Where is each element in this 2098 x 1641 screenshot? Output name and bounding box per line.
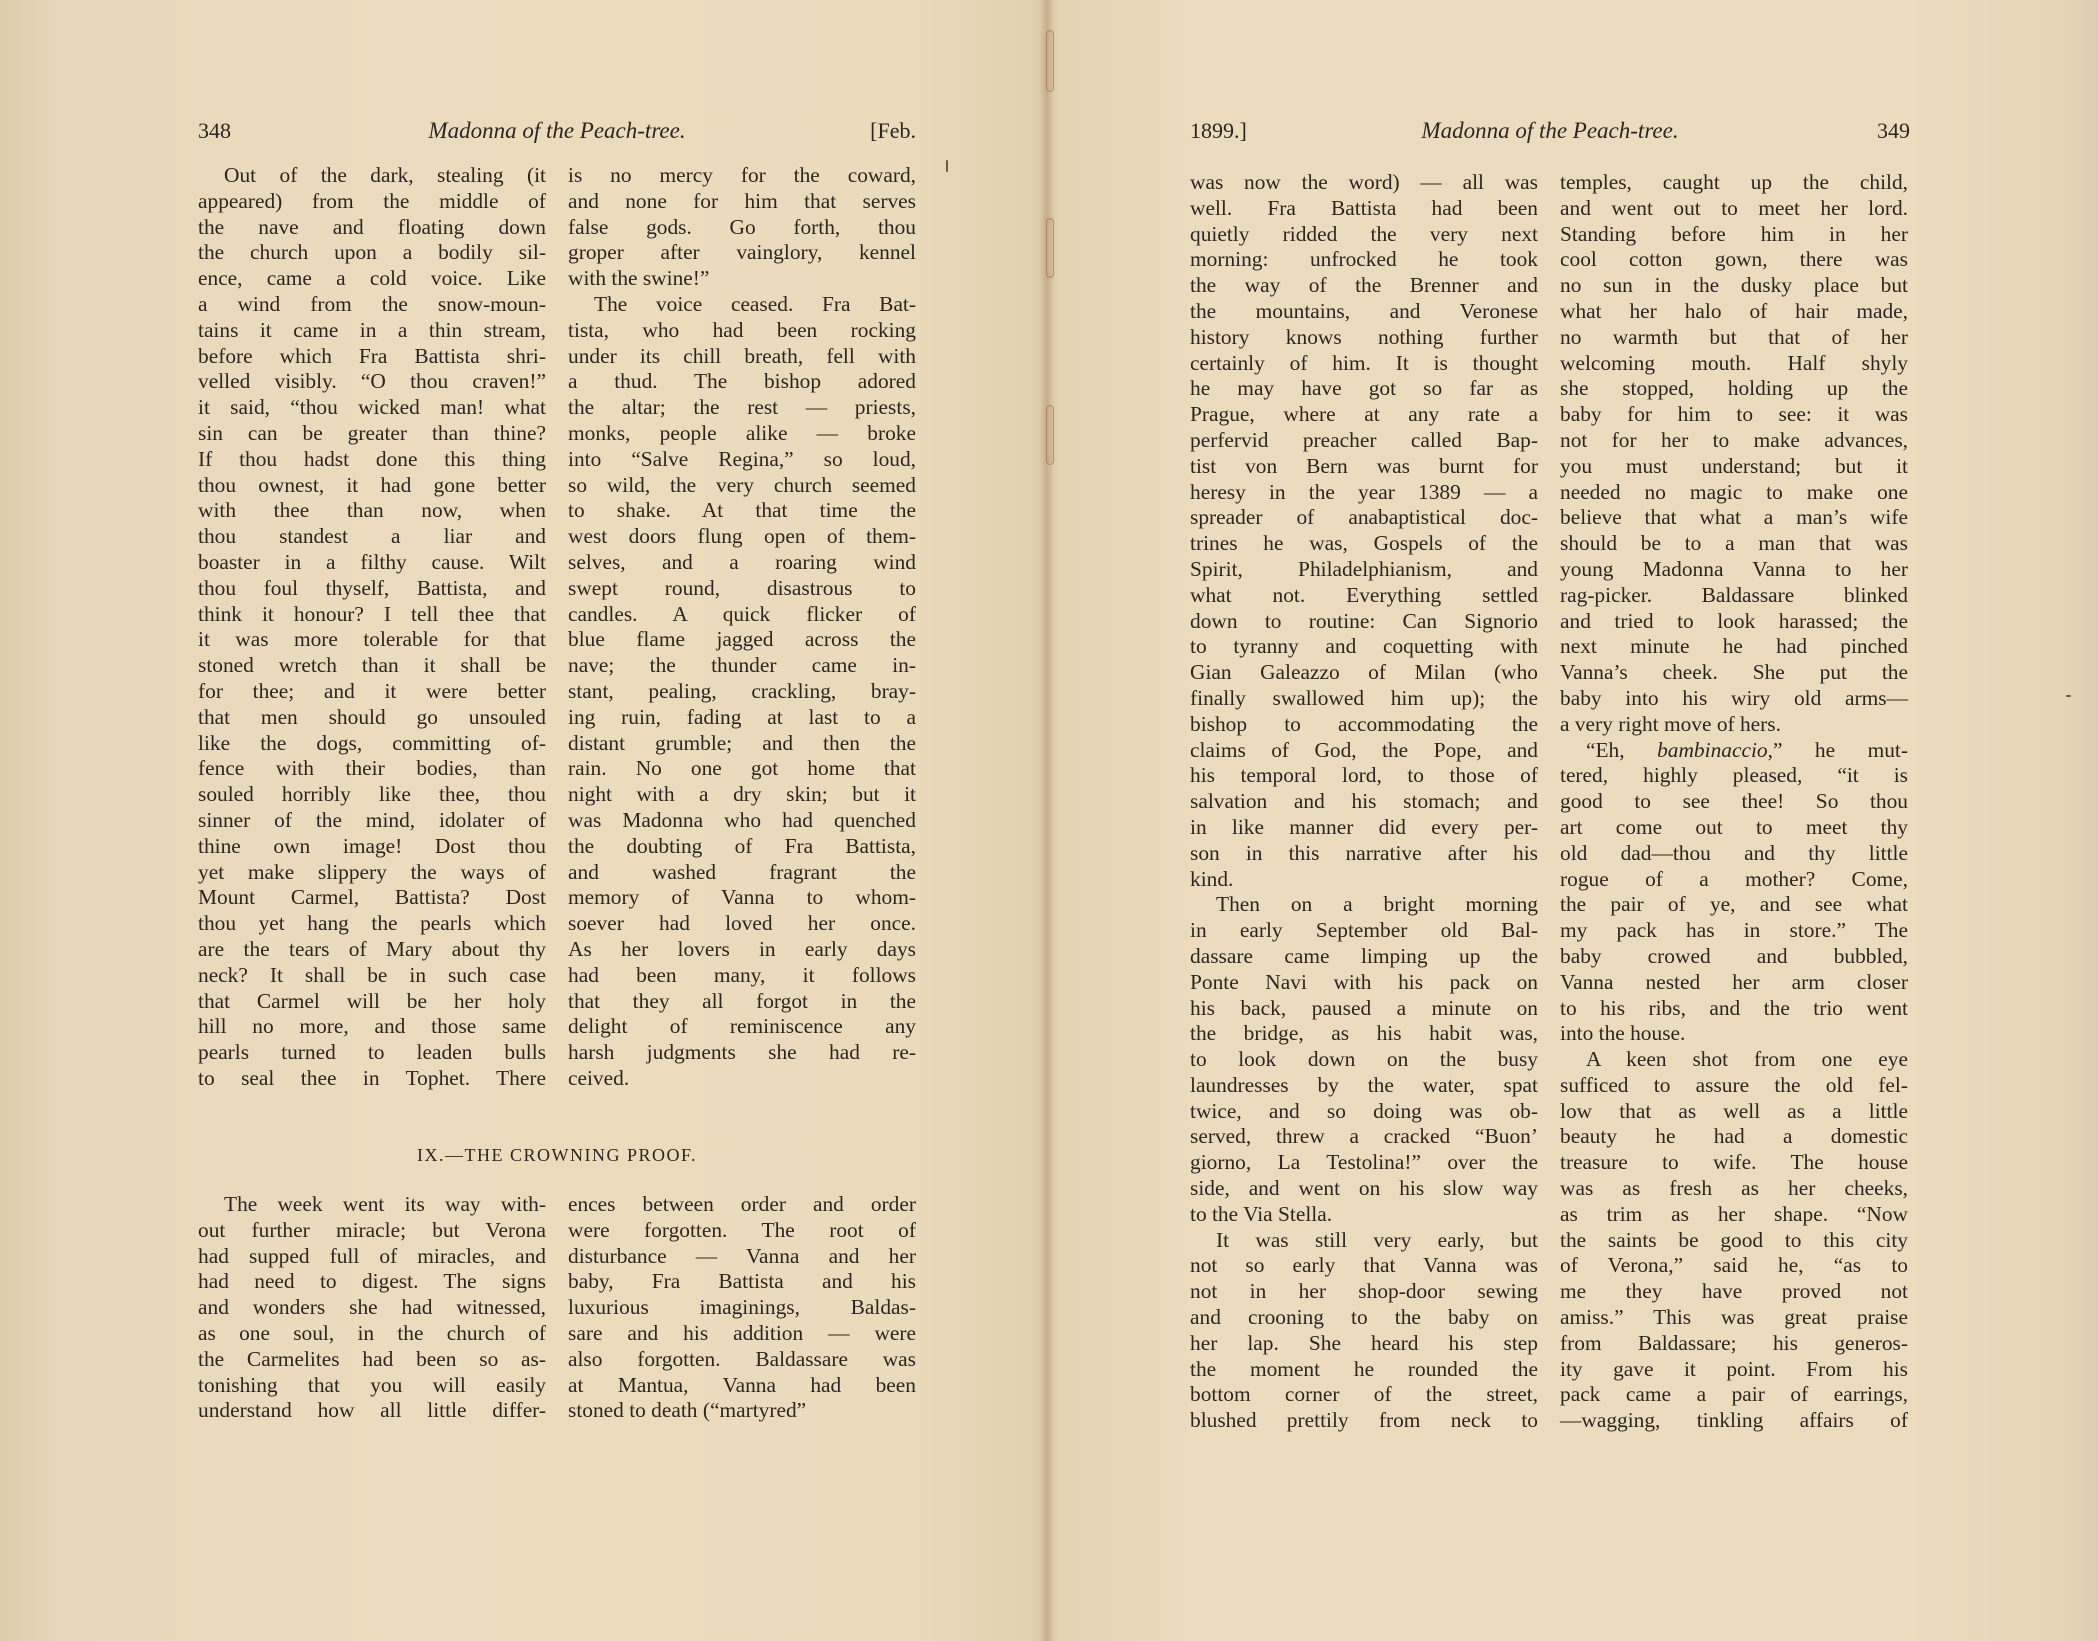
text-line: luxurious imaginings, Baldas- [568, 1295, 916, 1321]
text-line: also forgotten. Baldassare was [568, 1347, 916, 1373]
text-line: claims of God, the Pope, and [1190, 738, 1538, 764]
text-line: morning: unfrocked he took [1190, 247, 1538, 273]
text-line: art come out to meet thy [1560, 815, 1908, 841]
text-line: harsh judgments she had re- [568, 1040, 916, 1066]
text-line: that Carmel will be her holy [198, 989, 546, 1015]
text-line: you must understand; but it [1560, 454, 1908, 480]
text-line: needed no magic to make one [1560, 480, 1908, 506]
text-line: pack came a pair of earrings, [1560, 1382, 1908, 1408]
text-line: not for her to make advances, [1560, 428, 1908, 454]
text-line: thou standest a liar and [198, 524, 546, 550]
text-line: false gods. Go forth, thou [568, 215, 916, 241]
text-line: young Madonna Vanna to her [1560, 557, 1908, 583]
text-line: finally swallowed him up); the [1190, 686, 1538, 712]
text-line: disturbance — Vanna and her [568, 1244, 916, 1270]
text-line: The voice ceased. Fra Bat- [568, 292, 916, 318]
text-line: no sun in the dusky place but [1560, 273, 1908, 299]
text-line: of Verona,” said he, “as to [1560, 1253, 1908, 1279]
text-line: selves, and a roaring wind [568, 550, 916, 576]
text-line: rogue of a mother? Come, [1560, 867, 1908, 893]
left-column-1: Out of the dark, stealing (itappeared) f… [198, 163, 546, 1092]
text-line: Ponte Navi with his pack on [1190, 970, 1538, 996]
text-line: heresy in the year 1389 — a [1190, 480, 1538, 506]
text-line: before which Fra Battista shri- [198, 344, 546, 370]
text-line: the doubting of Fra Battista, [568, 834, 916, 860]
text-line: blushed prettily from neck to [1190, 1408, 1538, 1434]
text-line: to tyranny and coquetting with [1190, 634, 1538, 660]
text-line: the moment he rounded the [1190, 1357, 1538, 1383]
book-spread: 348 Madonna of the Peach-tree. [Feb. Out… [0, 0, 2098, 1641]
text-line: no warmth but that of her [1560, 325, 1908, 351]
text-line: the bridge, as his habit was, [1190, 1021, 1538, 1047]
text-line: with the swine!” [568, 266, 916, 292]
text-line: sare and his addition — were [568, 1321, 916, 1347]
text-line: my pack has in store.” The [1560, 918, 1908, 944]
text-line: to look down on the busy [1190, 1047, 1538, 1073]
text-line: ity gave it point. From his [1560, 1357, 1908, 1383]
text-line: stoned to death (“martyred” [568, 1398, 916, 1424]
text-line: tista, who had been rocking [568, 318, 916, 344]
text-line: Out of the dark, stealing (it [198, 163, 546, 189]
text-line: pearls turned to leaden bulls [198, 1040, 546, 1066]
text-line: under its chill breath, fell with [568, 344, 916, 370]
text-line: night with a dry skin; but it [568, 782, 916, 808]
text-line: like the dogs, committing of- [198, 731, 546, 757]
text-line: beauty he had a domestic [1560, 1124, 1908, 1150]
text-line: salvation and his stomach; and [1190, 789, 1538, 815]
text-line: welcoming mouth. Half shyly [1560, 351, 1908, 377]
running-head: 348 Madonna of the Peach-tree. [Feb. [198, 118, 916, 152]
text-line: nave; the thunder came in- [568, 653, 916, 679]
text-line: memory of Vanna to whom- [568, 885, 916, 911]
text-line: thou yet hang the pearls which [198, 911, 546, 937]
text-line: into “Salve Regina,” so loud, [568, 447, 916, 473]
text-line: “Eh, bambinaccio,” he mut- [1560, 738, 1908, 764]
text-line: had need to digest. The signs [198, 1269, 546, 1295]
text-line: that they all forgot in the [568, 989, 916, 1015]
running-head: 1899.] Madonna of the Peach-tree. 349 [1190, 118, 1910, 152]
text-line: the way of the Brenner and [1190, 273, 1538, 299]
text-line: had been many, it follows [568, 963, 916, 989]
binding-stitch [1046, 218, 1054, 278]
text-line: hill no more, and those same [198, 1014, 546, 1040]
text-line: good to see thee! So thou [1560, 789, 1908, 815]
text-line: spreader of anabaptistical doc- [1190, 505, 1538, 531]
text-line: he may have got so far as [1190, 376, 1538, 402]
text-line: the Carmelites had been so as- [198, 1347, 546, 1373]
text-line: are the tears of Mary about thy [198, 937, 546, 963]
text-line: the saints be good to this city [1560, 1228, 1908, 1254]
text-line: the mountains, and Veronese [1190, 299, 1538, 325]
text-line: and crooning to the baby on [1190, 1305, 1538, 1331]
text-line: fence with their bodies, than [198, 756, 546, 782]
text-line: giorno, La Testolina!” over the [1190, 1150, 1538, 1176]
text-line: as one soul, in the church of [198, 1321, 546, 1347]
text-line: what her halo of hair made, [1560, 299, 1908, 325]
text-line: down to routine: Can Signorio [1190, 609, 1538, 635]
text-line: tains it came in a thin stream, [198, 318, 546, 344]
text-line: The week went its way with- [198, 1192, 546, 1218]
text-line: a wind from the snow-moun- [198, 292, 546, 318]
text-line: in like manner did every per- [1190, 815, 1538, 841]
text-line: out further miracle; but Verona [198, 1218, 546, 1244]
text-line: soever had loved her once. [568, 911, 916, 937]
text-line: history knows nothing further [1190, 325, 1538, 351]
text-line: his temporal lord, to those of [1190, 763, 1538, 789]
text-line: in early September old Bal- [1190, 918, 1538, 944]
text-line: to the Via Stella. [1190, 1202, 1538, 1228]
text-line: boaster in a filthy cause. Wilt [198, 550, 546, 576]
text-line: was now the word) — all was [1190, 170, 1538, 196]
left-column-2: is no mercy for the coward,and none for … [568, 163, 916, 1092]
text-line: thine own image! Dost thou [198, 834, 546, 860]
text-line: the pair of ye, and see what [1560, 892, 1908, 918]
text-line: tered, highly pleased, “it is [1560, 763, 1908, 789]
text-line: Gian Galeazzo of Milan (who [1190, 660, 1538, 686]
text-line: cool cotton gown, there was [1560, 247, 1908, 273]
text-line: me they have proved not [1560, 1279, 1908, 1305]
text-line: were forgotten. The root of [568, 1218, 916, 1244]
text-line: for thee; and it were better [198, 679, 546, 705]
text-line: and went out to meet her lord. [1560, 196, 1908, 222]
text-line: neck? It shall be in such case [198, 963, 546, 989]
running-title: Madonna of the Peach-tree. [1190, 118, 1910, 144]
text-line: thou ownest, it had gone better [198, 473, 546, 499]
text-line: Mount Carmel, Battista? Dost [198, 885, 546, 911]
text-line: son in this narrative after his [1190, 841, 1538, 867]
right-page: 1899.] Madonna of the Peach-tree. 349 wa… [1054, 0, 2098, 1641]
text-line: Spirit, Philadelphianism, and [1190, 557, 1538, 583]
text-line: into the house. [1560, 1021, 1908, 1047]
text-line: next minute he had pinched [1560, 634, 1908, 660]
text-line: the nave and floating down [198, 215, 546, 241]
paper-fleck [2066, 695, 2071, 697]
text-line: not so early that Vanna was [1190, 1253, 1538, 1279]
text-line: served, threw a cracked “Buon’ [1190, 1124, 1538, 1150]
text-line: well. Fra Battista had been [1190, 196, 1538, 222]
text-line: ence, came a cold voice. Like [198, 266, 546, 292]
text-line: understand how all little differ- [198, 1398, 546, 1424]
text-line: should be to a man that was [1560, 531, 1908, 557]
text-line: and washed fragrant the [568, 860, 916, 886]
text-line: not in her shop-door sewing [1190, 1279, 1538, 1305]
text-line: and wonders she had witnessed, [198, 1295, 546, 1321]
text-line: side, and went on his slow way [1190, 1176, 1538, 1202]
text-line: west doors flung open of them- [568, 524, 916, 550]
text-line: ceived. [568, 1066, 916, 1092]
text-line: If thou hadst done this thing [198, 447, 546, 473]
text-line: baby, Fra Battista and his [568, 1269, 916, 1295]
page-number: 349 [1877, 118, 1910, 144]
text-line: yet make slippery the ways of [198, 860, 546, 886]
text-line: from Baldassare; his generos- [1560, 1331, 1908, 1357]
text-line: was as fresh as her cheeks, [1560, 1176, 1908, 1202]
text-line: A keen shot from one eye [1560, 1047, 1908, 1073]
text-line: sinner of the mind, idolater of [198, 808, 546, 834]
text-line: bottom corner of the street, [1190, 1382, 1538, 1408]
text-line: appeared) from the middle of [198, 189, 546, 215]
text-line: sufficed to assure the old fel- [1560, 1073, 1908, 1099]
text-line: it said, “thou wicked man! what [198, 395, 546, 421]
text-line: sin can be greater than thine? [198, 421, 546, 447]
text-line: old dad—thou and thy little [1560, 841, 1908, 867]
section-heading: IX.—THE CROWNING PROOF. [198, 1145, 916, 1166]
text-line: her lap. She heard his step [1190, 1331, 1538, 1357]
text-line: Vanna nested her arm closer [1560, 970, 1908, 996]
text-line: stoned wretch than it shall be [198, 653, 546, 679]
text-line: candles. A quick flicker of [568, 602, 916, 628]
text-line: Then on a bright morning [1190, 892, 1538, 918]
text-line: as trim as her shape. “Now [1560, 1202, 1908, 1228]
text-line: baby into his wiry old arms— [1560, 686, 1908, 712]
text-line: what not. Everything settled [1190, 583, 1538, 609]
text-line: the church upon a bodily sil- [198, 240, 546, 266]
text-line: think it honour? I tell thee that [198, 602, 546, 628]
text-line: baby crowed and bubbled, [1560, 944, 1908, 970]
text-line: his back, paused a minute on [1190, 996, 1538, 1022]
text-line: that men should go unsouled [198, 705, 546, 731]
text-line: the altar; the rest — priests, [568, 395, 916, 421]
text-line: had supped full of miracles, and [198, 1244, 546, 1270]
text-line: —wagging, tinkling affairs of [1560, 1408, 1908, 1434]
text-line: perfervid preacher called Bap- [1190, 428, 1538, 454]
text-line: amiss.” This was great praise [1560, 1305, 1908, 1331]
text-line: laundresses by the water, spat [1190, 1073, 1538, 1099]
text-line: twice, and so doing was ob- [1190, 1099, 1538, 1125]
text-line: and tried to look harassed; the [1560, 609, 1908, 635]
text-line: believe that what a man’s wife [1560, 505, 1908, 531]
text-line: delight of reminiscence any [568, 1014, 916, 1040]
text-line: dassare came limping up the [1190, 944, 1538, 970]
text-line: tist von Bern was burnt for [1190, 454, 1538, 480]
text-line: was Madonna who had quenched [568, 808, 916, 834]
binding-stitch [1046, 30, 1054, 92]
text-line: distant grumble; and then the [568, 731, 916, 757]
text-line: is no mercy for the coward, [568, 163, 916, 189]
text-line: to seal thee in Tophet. There [198, 1066, 546, 1092]
text-line: stant, pealing, crackling, bray- [568, 679, 916, 705]
right-column-2: temples, caught up the child,and went ou… [1560, 170, 1908, 1434]
text-line: treasure to wife. The house [1560, 1150, 1908, 1176]
text-line: quietly ridded the very next [1190, 222, 1538, 248]
text-line: velled visibly. “O thou craven!” [198, 369, 546, 395]
text-line: rain. No one got home that [568, 756, 916, 782]
text-line: As her lovers in early days [568, 937, 916, 963]
paper-fleck [946, 160, 948, 172]
text-line: to his ribs, and the trio went [1560, 996, 1908, 1022]
right-column-1: was now the word) — all waswell. Fra Bat… [1190, 170, 1538, 1434]
text-line: Standing before him in her [1560, 222, 1908, 248]
text-line: trines he was, Gospels of the [1190, 531, 1538, 557]
left-column-3: The week went its way with-out further m… [198, 1192, 546, 1424]
text-line: tonishing that you will easily [198, 1373, 546, 1399]
text-line: ing ruin, fading at last to a [568, 705, 916, 731]
text-line: so wild, the very church seemed [568, 473, 916, 499]
left-page: 348 Madonna of the Peach-tree. [Feb. Out… [0, 0, 1040, 1641]
text-line: temples, caught up the child, [1560, 170, 1908, 196]
text-line: Prague, where at any rate a [1190, 402, 1538, 428]
binding-stitch [1046, 405, 1054, 465]
text-line: ences between order and order [568, 1192, 916, 1218]
text-line: baby for him to see: it was [1560, 402, 1908, 428]
text-line: certainly of him. It is thought [1190, 351, 1538, 377]
text-line: at Mantua, Vanna had been [568, 1373, 916, 1399]
italic-word: bambinaccio [1657, 738, 1768, 762]
text-line: kind. [1190, 867, 1538, 893]
text-line: groper after vainglory, kennel [568, 240, 916, 266]
text-line: thou foul thyself, Battista, and [198, 576, 546, 602]
text-line: monks, people alike — broke [568, 421, 916, 447]
text-line: low that as well as a little [1560, 1099, 1908, 1125]
text-line: blue flame jagged across the [568, 627, 916, 653]
text-line: to shake. At that time the [568, 498, 916, 524]
text-line: rag-picker. Baldassare blinked [1560, 583, 1908, 609]
text-line: and none for him that serves [568, 189, 916, 215]
text-line: with thee than now, when [198, 498, 546, 524]
text-line: It was still very early, but [1190, 1228, 1538, 1254]
text-line: a thud. The bishop adored [568, 369, 916, 395]
running-date: [Feb. [870, 118, 916, 144]
text-line: she stopped, holding up the [1560, 376, 1908, 402]
text-line: bishop to accommodating the [1190, 712, 1538, 738]
text-line: swept round, disastrous to [568, 576, 916, 602]
left-column-4: ences between order and orderwere forgot… [568, 1192, 916, 1424]
text-line: it was more tolerable for that [198, 627, 546, 653]
text-line: souled horribly like thee, thou [198, 782, 546, 808]
text-line: Vanna’s cheek. She put the [1560, 660, 1908, 686]
text-line: a very right move of hers. [1560, 712, 1908, 738]
running-title: Madonna of the Peach-tree. [198, 118, 916, 144]
